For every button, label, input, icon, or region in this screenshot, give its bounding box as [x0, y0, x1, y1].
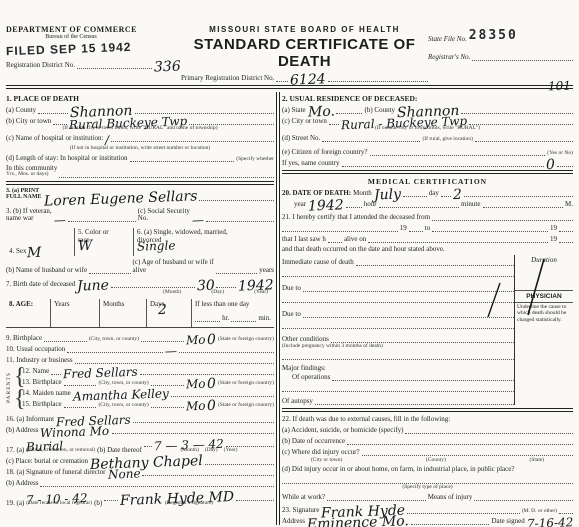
funeral-director-row: 18. (a) Signature of funeral director No… [6, 468, 274, 476]
residence-county-label: (b) County [364, 106, 395, 114]
physician-signature-label: 23. Signature [282, 506, 319, 514]
dotted-line [282, 384, 514, 392]
dotted-line [205, 457, 274, 465]
dotted-line [216, 280, 236, 288]
due-to-2-cont-line [282, 321, 514, 329]
birthdate-notes: (Month) (Day) (Year) [6, 289, 274, 295]
dotted-line [140, 367, 274, 375]
death-certificate-scan: 101 DEPARTMENT OF COMMERCE Bureau of the… [0, 0, 579, 527]
mother-name-label: 14. Maiden name [22, 389, 71, 397]
county-label: (a) County [6, 106, 36, 114]
residence-state-value: Mo. [307, 110, 334, 115]
birthdate-row: 7. Birth date of deceased June 30 1942 [6, 280, 274, 288]
dotted-line [226, 439, 274, 447]
mother-birthplace-value: Mo [185, 404, 205, 409]
external-c-note-city: (City or town) [311, 457, 342, 463]
dotted-line [151, 400, 184, 408]
dotted-line [464, 189, 573, 197]
dotted-line [206, 214, 274, 222]
dotted-line [104, 493, 118, 501]
parents-rows: 12. Name Fred Sellars 13. Birthplace (Ci… [22, 366, 274, 410]
father-name-value: Fred Sellars [63, 370, 138, 377]
dotted-line [189, 117, 274, 125]
immediate-cause-label: Immediate cause of death [282, 258, 354, 266]
burial-value-stack: Burial (Burial, cremation, or removal) [26, 444, 95, 454]
birthplace-note-1: (City, town, or county) [89, 336, 139, 342]
marital-value: Single [137, 243, 176, 248]
section-divider [6, 181, 274, 185]
dotted-line [559, 224, 573, 232]
if-yes-label: If yes, name country [282, 159, 340, 167]
external-c-note-county: (County) [426, 457, 446, 463]
lastsaw-pre: that I last saw h [282, 235, 326, 243]
dotted-line [328, 74, 428, 82]
registrar-date-stack: 7 - 10 - 42 (Date received local registr… [26, 497, 92, 507]
operations-cont-line [282, 384, 514, 392]
color-race-value: W [78, 244, 93, 248]
dotted-line [130, 154, 235, 162]
duration-label: Duration [515, 255, 573, 264]
autopsy-row: Of autopsy [282, 397, 514, 405]
residence-street-label: (d) Street No. [282, 134, 320, 142]
length-of-stay-label: (d) Length of stay: In hospital or insti… [6, 154, 128, 162]
veteran-ssn-row: 3. (b) If veteran, name war — (c) Social… [6, 208, 274, 223]
due-to-label-2: Due to [282, 310, 301, 318]
certify-19-b: 19 [550, 224, 557, 232]
lastsaw-post: alive on [344, 235, 366, 243]
veteran-value: — [54, 218, 66, 222]
registration-district-row: Registration District No. 336 [6, 61, 181, 69]
bureau-line: Bureau of the Census [6, 34, 136, 40]
residence-street-note: (If rural, give location) [422, 136, 472, 142]
residence-state-label: (a) State [282, 106, 306, 114]
certificate-header: DEPARTMENT OF COMMERCE Bureau of the Cen… [6, 25, 573, 82]
mother-birthplace-row: 15. Birthplace (City, town, or county) M… [22, 400, 274, 408]
burial-date-stack: 7 — 3 — 42 (Month) (Day) (Year) [144, 439, 274, 454]
other-conditions-cont-line [282, 352, 514, 360]
dotted-line [236, 493, 274, 501]
dotted-line [282, 224, 398, 232]
dotted-line [322, 134, 420, 142]
residence-street-row: (d) Street No. (If rural, give location) [282, 134, 573, 142]
dotted-line [332, 373, 514, 381]
birthdate-year-value: 1942 [238, 283, 274, 288]
age-label-cell: 8. AGE: [6, 299, 50, 327]
birthplace-value: Mo [185, 338, 205, 343]
city-label: (b) City or town [6, 117, 51, 125]
sex-label: 4. Sex [9, 247, 27, 255]
dotted-line [199, 193, 274, 201]
age-days-cell: Days 2 [146, 299, 191, 327]
father-birthplace-value: Mo [185, 382, 205, 387]
mother-birthplace-value-2: 0 [207, 404, 216, 408]
dotted-line [51, 367, 61, 375]
dod-month-label: Month [353, 189, 372, 197]
citizen-label: (e) Citizen of foreign country? [282, 148, 368, 156]
dotted-line [282, 321, 514, 329]
other-conditions-row: Other conditions [282, 335, 514, 343]
marital-cell: 6. (a) Single, widowed, married, divorce… [133, 228, 274, 256]
age-years-cell: Years [50, 299, 99, 327]
dod-year-label: year [294, 200, 306, 208]
external-b-label: (b) Date of occurrence [282, 437, 345, 445]
external-divider [282, 408, 573, 412]
dotted-line [282, 295, 514, 303]
dotted-line [342, 159, 545, 167]
age-min-label: min. [258, 314, 271, 322]
full-name-value: Loren Eugene Sellars [43, 194, 197, 203]
external-c-notes: (City or town) (County) (State) [282, 457, 573, 463]
physician-signature-row: 23. Signature Frank Hyde (M. D. or other… [282, 506, 573, 514]
hospital-label: (c) Name of hospital or institution: [6, 134, 103, 142]
father-birthplace-row: 13. Birthplace (City, town, or county) M… [22, 378, 274, 386]
city-row: (b) City or town Rural Buckeye Twp [6, 117, 274, 125]
age-less-cell: If less than one day hr. min. [191, 299, 274, 327]
certify-row-3: that I last saw h alive on 19 [282, 235, 573, 243]
registrar-sig-value: Frank Hyde MD [120, 495, 234, 503]
dotted-line [475, 134, 573, 142]
registrar-row: 19. (a) 7 - 10 - 42 (Date received local… [6, 493, 274, 507]
registration-district-label: Registration District No. [6, 61, 75, 69]
registrar-date-value: 7 - 10 - 42 [26, 496, 92, 502]
dotted-line [328, 235, 342, 243]
spouse-age-label-2: alive [133, 267, 214, 274]
dotted-line [370, 148, 546, 156]
dotted-line [461, 106, 573, 114]
major-findings-label: Major findings: [282, 364, 326, 372]
dod-minute-label: minute [461, 200, 480, 208]
dod-year-value: 1942 [308, 203, 344, 208]
mother-name-value: Amantha Kelley [73, 391, 169, 398]
due-to-row-1: Due to [282, 284, 514, 292]
dotted-line [282, 352, 514, 360]
informant-address-value: Winona Mo [40, 429, 109, 435]
dotted-line [303, 284, 514, 292]
burial-year-note: (Year) [224, 448, 238, 454]
sex-value: M [26, 251, 40, 255]
community-note: Yrs., Mos. or days) [6, 172, 57, 178]
dotted-line [135, 106, 274, 114]
birthdate-label: 7. Birth date of deceased [6, 280, 75, 288]
occupation-label: 10. Usual occupation [6, 345, 65, 353]
occupation-value: — [165, 349, 177, 353]
dotted-line [151, 378, 184, 386]
external-a-label: (a) Accident, suicide, or homicide (spec… [282, 426, 403, 434]
birthplace-note-2: (State or foreign country) [218, 336, 274, 342]
dotted-line [315, 397, 514, 405]
primary-district-label: Primary Registration District No. [181, 74, 274, 82]
certify-text-1: 21. I hereby certify that I attended the… [282, 213, 430, 221]
father-birthplace-value-2: 0 [207, 382, 216, 386]
operations-row: Of operations [282, 373, 514, 381]
state-file-number: 28350 [469, 28, 518, 43]
burial-date-label: (b) Date thereof [97, 446, 142, 454]
while-at-work-row: While at work? Means of injury [282, 493, 573, 501]
father-name-row: 12. Name Fred Sellars [22, 367, 274, 375]
month-note: (Month) [163, 289, 181, 295]
hospital-row: (c) Name of hospital or institution: / [6, 134, 274, 142]
certify-to-label: to [425, 224, 430, 232]
date-signed-label: Date signed [491, 517, 524, 525]
dotted-line [368, 235, 548, 243]
mother-name-row: 14. Maiden name Amantha Kelley [22, 389, 274, 397]
primary-district-row: Primary Registration District No. 6124 [181, 74, 428, 82]
duration-physician-column: Duration PHYSICIAN Underline the cause t… [514, 255, 573, 405]
header-right: State File No. 28350 Registrar's No. [428, 25, 573, 61]
burial-row: 17. (a) Burial (Burial, cremation, or re… [6, 439, 274, 454]
full-name-label-2: FULL NAME [6, 194, 42, 200]
dotted-line [327, 493, 426, 501]
certificate-title: STANDARD CERTIFICATE OF DEATH [181, 36, 428, 70]
full-name-row: 3. (a) PRINT FULL NAME Loren Eugene Sell… [6, 188, 274, 201]
column-divider [276, 92, 280, 525]
birthplace-label: 9. Birthplace [6, 334, 42, 342]
father-name-label: 12. Name [22, 367, 49, 375]
length-of-stay-row: (d) Length of stay: In hospital or insti… [6, 154, 274, 162]
cause-main-column: Immediate cause of death Due to Due to [282, 255, 514, 405]
birthdate-month-value: June [77, 284, 109, 289]
dod-month-value: July [374, 193, 401, 198]
spouse-age-label-stack: (c) Age of husband or wife if alive [133, 259, 214, 274]
dotted-line [195, 314, 220, 322]
cause-of-death-area: Immediate cause of death Due to Due to [282, 255, 573, 405]
birthdate-day-value: 30 [196, 284, 214, 289]
dotted-line [483, 200, 564, 208]
age-months-cell: Months [99, 299, 146, 327]
other-conditions-note: (Include pregnancy within 3 months of de… [282, 343, 514, 349]
dotted-line [441, 189, 451, 197]
industry-label: 11. Industry or business [6, 356, 73, 364]
funeral-director-value: None [107, 471, 140, 476]
dotted-line [53, 117, 67, 125]
operations-label: Of operations [292, 373, 330, 381]
dotted-line [77, 61, 152, 69]
certify-row-4: and that death occurred on the date and … [282, 245, 573, 253]
dotted-line [44, 334, 87, 342]
dotted-line [474, 493, 573, 501]
dotted-line [141, 334, 184, 342]
dotted-line [469, 117, 573, 125]
dod-year-row: year 1942 hour minute M. [282, 200, 573, 208]
community-row: In this community Yrs., Mos. or days) [6, 165, 274, 178]
residence-state-row: (a) State Mo. (b) County Shannon [282, 106, 573, 114]
right-column: 2. USUAL RESIDENCE OF DECEASED: (a) Stat… [282, 92, 573, 525]
registrar-no-row: Registrar's No. [428, 53, 573, 61]
parents-braces: { { [14, 366, 22, 410]
dotted-line [282, 269, 514, 277]
city-value: Rural Buckeye Twp [69, 119, 187, 127]
dotted-line [472, 53, 573, 61]
burial-num-label: 17. (a) [6, 446, 24, 454]
major-findings-row: Major findings: [282, 364, 514, 372]
hospital-note: (If not in hospital or institution, writ… [6, 145, 274, 151]
dotted-line [303, 310, 514, 318]
dotted-line [59, 170, 274, 178]
primary-district-value: 6124 [290, 77, 326, 82]
dotted-line [362, 448, 573, 456]
external-d-note: (Specify type of place) [282, 484, 573, 490]
certify-19-c: 19 [550, 235, 557, 243]
spouse-label: (b) Name of husband or wife [6, 266, 87, 274]
mother-brace: { [14, 388, 22, 410]
medical-certification-title: MEDICAL CERTIFICATION [282, 177, 573, 186]
spouse-row: (b) Name of husband or wife (c) Age of h… [6, 259, 274, 274]
physician-address-label: Address [282, 517, 305, 525]
age-hr-min-row: hr. min. [195, 314, 271, 322]
dotted-line [407, 506, 519, 514]
hospital-tick-mark: / [105, 138, 109, 142]
dotted-line [216, 266, 257, 274]
dod-day-value: 2 [453, 193, 462, 197]
informant-address-label: (b) Address [6, 426, 38, 434]
due-to-label-1: Due to [282, 284, 301, 292]
mother-birthplace-label: 15. Birthplace [22, 400, 62, 408]
color-race-cell: 5. Color or race W [74, 228, 133, 256]
left-column: 1. PLACE OF DEATH (a) County Shannon (b)… [6, 92, 274, 525]
funeral-director-address-label: (b) Address [6, 479, 38, 487]
registrar-sig-label: (b) [94, 499, 102, 507]
citizen-note: (Yes or No) [547, 150, 573, 156]
dotted-line [356, 258, 514, 266]
burial-place-label: (c) Place: burial or cremation [6, 457, 88, 465]
immediate-cause-cont-line [282, 269, 514, 277]
dotted-line [336, 106, 362, 114]
header-left: DEPARTMENT OF COMMERCE Bureau of the Cen… [6, 25, 181, 69]
external-c-label: (c) Where did injury occur? [282, 448, 360, 456]
external-d-label: (d) Did injury occur in or about home, o… [282, 465, 573, 473]
certify-row-1: 21. I hereby certify that I attended the… [282, 213, 573, 221]
registrar-sig-line: Frank Hyde MD [104, 493, 274, 501]
dotted-line [557, 159, 573, 167]
burial-place-row: (c) Place: burial or cremation Bethany C… [6, 457, 274, 465]
if-yes-row: If yes, name country 0 [282, 159, 573, 167]
dotted-line [231, 314, 256, 322]
dotted-line [346, 200, 362, 208]
physician-address-value: Eminence Mo. [307, 519, 409, 527]
age-row: 8. AGE: Years Months Days 2 If less than… [6, 299, 274, 328]
board-title: MISSOURI STATE BOARD OF HEALTH [181, 25, 428, 34]
autopsy-label: Of autopsy [282, 397, 313, 405]
while-at-work-label: While at work? [282, 493, 325, 501]
county-value: Shannon [70, 109, 133, 115]
medical-divider [282, 170, 573, 174]
length-of-stay-note: (Specify whether [236, 156, 274, 162]
dotted-line [111, 134, 274, 142]
registration-district-value: 336 [154, 65, 181, 70]
external-c-note-state: (State) [530, 457, 545, 463]
other-conditions-label: Other conditions [282, 335, 329, 343]
father-birthplace-note-2: (State or foreign country) [218, 380, 274, 386]
dotted-line [112, 426, 274, 434]
certify-19-a: 19 [400, 224, 407, 232]
dotted-line [144, 439, 152, 447]
corner-number: 101 [548, 84, 571, 89]
citizen-row: (e) Citizen of foreign country? (Yes or … [282, 148, 573, 156]
citizen-value: 0 [546, 163, 555, 167]
dotted-line [282, 476, 573, 484]
immediate-cause-row: Immediate cause of death [282, 258, 514, 266]
mother-birthplace-note-2: (State or foreign country) [218, 402, 274, 408]
informant-row: 16. (a) Informant Fred Sellars [6, 415, 274, 423]
sex-color-marital-row: 4. Sex M 5. Color or race W 6. (a) Singl… [6, 228, 274, 256]
dotted-line [347, 437, 573, 445]
full-name-label-stack: 3. (a) PRINT FULL NAME [6, 188, 42, 201]
external-c-row: (c) Where did injury occur? [282, 448, 573, 456]
dotted-line [276, 74, 288, 82]
registrar-no-label: Registrar's No. [428, 53, 470, 61]
date-of-death-row: 20. DATE OF DEATH: Month July day 2 [282, 189, 573, 197]
header-center: MISSOURI STATE BOARD OF HEALTH STANDARD … [181, 25, 428, 82]
underline-note: Underline the cause to which death shoul… [515, 302, 573, 324]
external-a-row: (a) Accident, suicide, or homicide (spec… [282, 426, 573, 434]
spouse-age-suffix: years [259, 266, 274, 274]
filed-stamp: FILED SEP 15 1942 [6, 40, 132, 58]
dotted-line [409, 224, 423, 232]
department-line: DEPARTMENT OF COMMERCE [6, 25, 181, 34]
informant-address-row: (b) Address Winona Mo [6, 426, 274, 434]
dotted-line [403, 189, 427, 197]
veteran-label-2: name war [6, 215, 52, 222]
dotted-line [405, 426, 573, 434]
place-of-death-title: 1. PLACE OF DEATH [6, 94, 274, 103]
physician-address-row: Address Eminence Mo. Date signed 7-16-42 [282, 517, 573, 525]
dod-day-label: day [429, 189, 439, 197]
ssn-label-stack: (c) Social Security No. [138, 208, 190, 223]
dotted-line [432, 224, 548, 232]
date-of-death-label: 20. DATE OF DEATH: [282, 189, 351, 197]
industry-row: 11. Industry or business [6, 356, 274, 364]
residence-city-value: Rural - Buckeye Twp [341, 119, 467, 127]
age-days-value: 2 [158, 308, 167, 312]
parents-side-label: PARENTS [6, 366, 14, 410]
external-causes-title: 22. If death was due to external causes,… [282, 415, 573, 423]
due-to-row-2: Due to [282, 310, 514, 318]
registrar-num-label: 19. (a) [6, 499, 24, 507]
dod-m-label: M. [565, 200, 573, 208]
veteran-label-stack: 3. (b) If veteran, name war [6, 208, 52, 223]
dotted-line [133, 415, 274, 423]
dotted-line [331, 335, 514, 343]
father-birthplace-label: 13. Birthplace [22, 378, 62, 386]
dotted-line [559, 506, 573, 514]
dotted-line [68, 214, 136, 222]
burial-place-value: Bethany Chapel [90, 459, 203, 467]
dotted-line [432, 213, 573, 221]
ssn-label-2: No. [138, 215, 190, 222]
external-b-row: (b) Date of occurrence [282, 437, 573, 445]
state-file-label: State File No. [428, 35, 467, 43]
sex-cell: 4. Sex M [6, 228, 74, 256]
date-signed-value: 7-16-42 [527, 520, 573, 526]
certify-row-2: 19 to 19 [282, 224, 573, 232]
certificate-body: 1. PLACE OF DEATH (a) County Shannon (b)… [6, 92, 573, 525]
community-label-stack: In this community Yrs., Mos. or days) [6, 165, 57, 178]
father-brace: { [14, 366, 22, 388]
dotted-line [559, 235, 573, 243]
burial-date-line: 7 — 3 — 42 [144, 439, 274, 447]
mother-birthplace-note-1: (City, town, or county) [98, 402, 148, 408]
ssn-value: — [192, 218, 204, 222]
birthplace-value-2: 0 [207, 338, 216, 342]
dotted-line [411, 517, 490, 525]
state-file-row: State File No. 28350 [428, 28, 573, 43]
dotted-line [67, 345, 162, 353]
burial-date-value: 7 — 3 — 42 [154, 442, 224, 448]
means-of-injury-label: Means of injury [428, 493, 473, 501]
birthplace-row: 9. Birthplace (City, town, or county) Mo… [6, 334, 274, 342]
age-less-label: If less than one day [195, 300, 249, 308]
dotted-line [40, 479, 274, 487]
